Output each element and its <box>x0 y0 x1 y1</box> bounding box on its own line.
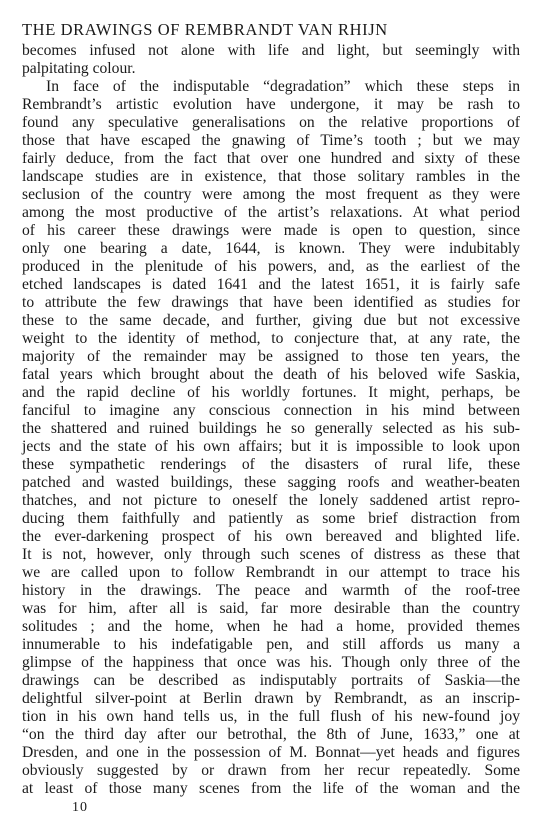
text-line: fairly deduce, from the fact that over o… <box>22 150 520 168</box>
text-line: patched and wasted buildings, these sagg… <box>22 474 520 492</box>
text-line: solitudes ; and the home, when he had a … <box>22 618 520 636</box>
text-line: to attribute the few drawings that have … <box>22 294 520 312</box>
text-line: seclusion of the country were among the … <box>22 186 520 204</box>
text-line: landscape studies are in existence, that… <box>22 168 520 186</box>
running-head: THE DRAWINGS OF REMBRANDT VAN RHIJN <box>22 20 388 40</box>
text-line: etched landscapes is dated 1641 and the … <box>22 276 520 294</box>
text-line: produced in the plenitude of his powers,… <box>22 258 520 276</box>
text-line: majority of the remainder may be assigne… <box>22 348 520 366</box>
text-line: palpitating colour. <box>22 60 520 78</box>
text-line: ducing them faithfully and patiently as … <box>22 510 520 528</box>
body-text: becomes infused not alone with life and … <box>22 42 520 798</box>
text-line: only one bearing a date, 1644, is known.… <box>22 240 520 258</box>
text-line: of his career these drawings were made i… <box>22 222 520 240</box>
text-line: the shattered and ruined buildings he so… <box>22 420 520 438</box>
text-line: innumerable to his indefatigable pen, an… <box>22 636 520 654</box>
text-line: was for him, after all is said, far more… <box>22 600 520 618</box>
text-line: fatal years which brought about the deat… <box>22 366 520 384</box>
text-line: “on the third day after our betrothal, t… <box>22 726 520 744</box>
text-line: obviously suggested by or drawn from her… <box>22 762 520 780</box>
text-line: the ever-darkening prospect of his own b… <box>22 528 520 546</box>
text-line: Dresden, and one in the possession of M.… <box>22 744 520 762</box>
text-line: drawings can be described as indisputabl… <box>22 672 520 690</box>
text-line: jects and the state of his own affairs; … <box>22 438 520 456</box>
text-line: In face of the indisputable “degradation… <box>22 78 520 96</box>
page-number: 10 <box>72 800 88 816</box>
text-line: found any speculative generalisations on… <box>22 114 520 132</box>
text-line: history in the drawings. The peace and w… <box>22 582 520 600</box>
text-line: Rembrandt’s artistic evolution have unde… <box>22 96 520 114</box>
text-line: we are called upon to follow Rembrandt i… <box>22 564 520 582</box>
text-line: thatches, and not picture to oneself the… <box>22 492 520 510</box>
text-line: tion in his own hand tells us, in the fu… <box>22 708 520 726</box>
text-line: fanciful to imagine any conscious connec… <box>22 402 520 420</box>
text-line: these to the same decade, and further, g… <box>22 312 520 330</box>
text-line: glimpse of the happiness that once was h… <box>22 654 520 672</box>
text-line: among the most productive of the artist’… <box>22 204 520 222</box>
text-line: becomes infused not alone with life and … <box>22 42 520 60</box>
text-line: those that have escaped the gnawing of T… <box>22 132 520 150</box>
text-line: these sympathetic renderings of the disa… <box>22 456 520 474</box>
text-line: weight to the identity of method, to con… <box>22 330 520 348</box>
text-line: and the rapid decline of his worldly for… <box>22 384 520 402</box>
text-line: delightful silver-point at Berlin drawn … <box>22 690 520 708</box>
text-line: It is not, however, only through such sc… <box>22 546 520 564</box>
text-line: at least of those many scenes from the l… <box>22 780 520 798</box>
